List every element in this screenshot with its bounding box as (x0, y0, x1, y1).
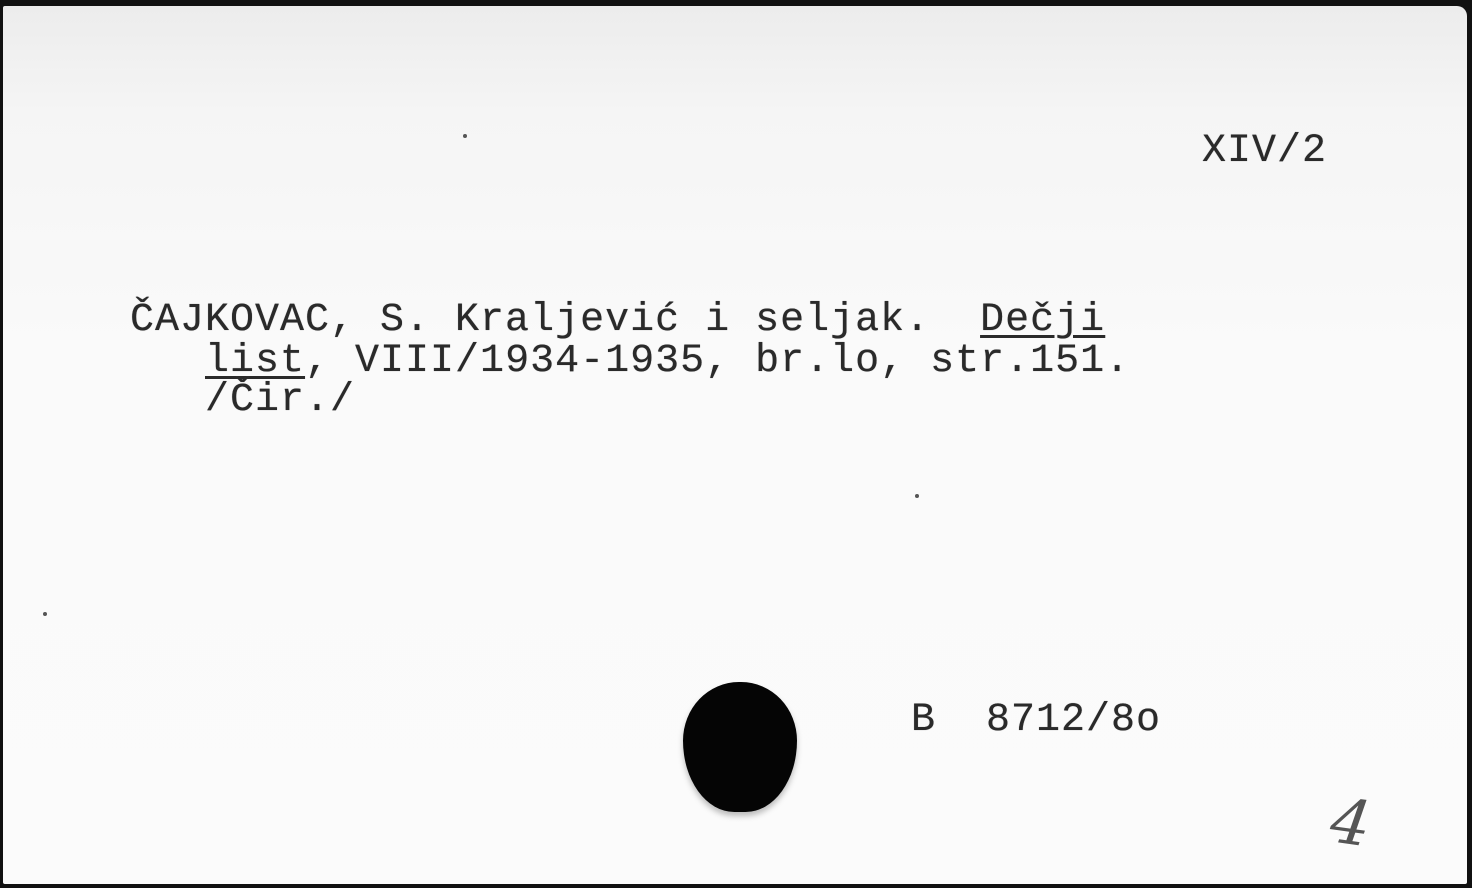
script-note: /Čir./ (205, 378, 355, 423)
accession-number: B 8712/8o (911, 701, 1161, 741)
entry-line-2: list, VIII/1934-1935, br.lo, str.151. (130, 342, 1130, 382)
entry-line-3: /Čir./ (130, 381, 355, 421)
speck (463, 134, 467, 138)
punch-hole-icon (683, 682, 797, 812)
speck (43, 612, 47, 616)
journal-title-part-1: Dečji (980, 298, 1105, 343)
handwritten-mark: 4 (1326, 784, 1375, 862)
publication-details: , VIII/1934-1935, br.lo, str.151. (305, 339, 1130, 384)
author-title: ČAJKOVAC, S. Kraljević i seljak. (130, 298, 980, 343)
entry-line-1: ČAJKOVAC, S. Kraljević i seljak. Dečji (130, 301, 1105, 341)
call-number: XIV/2 (1202, 132, 1327, 172)
catalog-card: XIV/2 ČAJKOVAC, S. Kraljević i seljak. D… (3, 6, 1467, 884)
speck (915, 494, 919, 498)
